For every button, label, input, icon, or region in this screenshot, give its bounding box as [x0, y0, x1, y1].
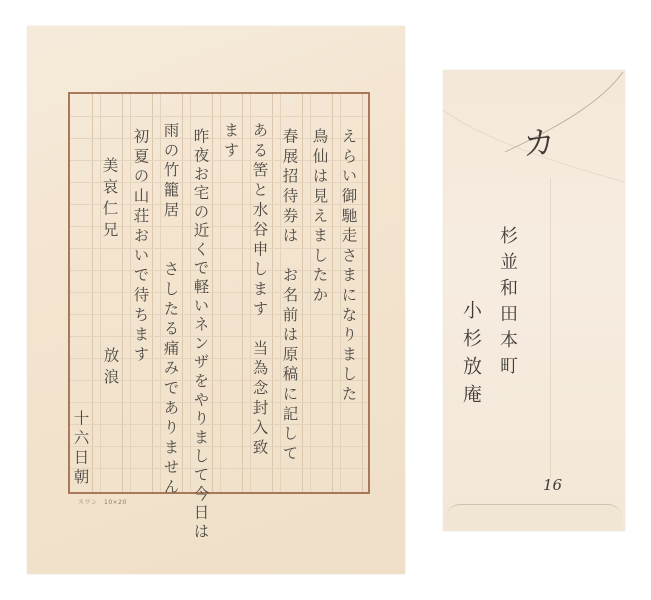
letter-line-3: 春展招待券は お名前は原稿に記して: [281, 128, 297, 465]
grid-line: [92, 94, 93, 492]
letter-signature: 放浪: [102, 347, 118, 390]
envelope-top-mark: カ: [523, 118, 555, 164]
grid-line: [190, 94, 191, 492]
grid-line: [100, 94, 101, 492]
grid-line: [70, 424, 368, 425]
envelope-address: 杉並和田本町: [498, 226, 516, 382]
grid-line: [122, 94, 123, 492]
grid-line: [70, 468, 368, 469]
paper-brand-mark: スワン 10×20: [78, 497, 127, 506]
envelope-number: 16: [543, 476, 562, 494]
grid-line: [242, 94, 243, 492]
letter-line-2: 鳥仙は見えましたか: [311, 128, 327, 306]
grid-line: [70, 446, 368, 447]
letter-line-5: ます: [222, 122, 238, 162]
letter-line-8: 初夏の山荘おいで待ちます: [132, 128, 148, 366]
grid-line: [220, 94, 221, 492]
grid-line: [152, 94, 153, 492]
grid-line: [70, 314, 368, 315]
letter-date: 十六日朝: [72, 410, 88, 488]
grid-line: [70, 116, 368, 117]
envelope-bottom-flap: [446, 504, 622, 529]
letter-line-6: 昨夜お宅の近くで軽いネンザをやりまして今日は: [192, 128, 208, 542]
letter-line-7: 雨の竹籠居 さしたる痛みでありません: [162, 122, 178, 498]
grid-line: [302, 94, 303, 492]
grid-line: [160, 94, 161, 492]
grid-line: [70, 336, 368, 337]
grid-line: [212, 94, 213, 492]
grid-line: [182, 94, 183, 492]
envelope-sender: 小杉放庵: [461, 300, 480, 412]
grid-line: [332, 94, 333, 492]
grid-line: [362, 94, 363, 492]
grid-line: [130, 94, 131, 492]
grid-line: [272, 94, 273, 492]
grid-line: [70, 402, 368, 403]
envelope-seam: [550, 178, 551, 478]
letter-line-4: ある筈と水谷申します 当為念封入致: [251, 122, 267, 459]
letter-line-1: えらい御馳走さまになりました: [340, 128, 356, 405]
letter-addressee: 美哀仁兄: [101, 157, 117, 243]
